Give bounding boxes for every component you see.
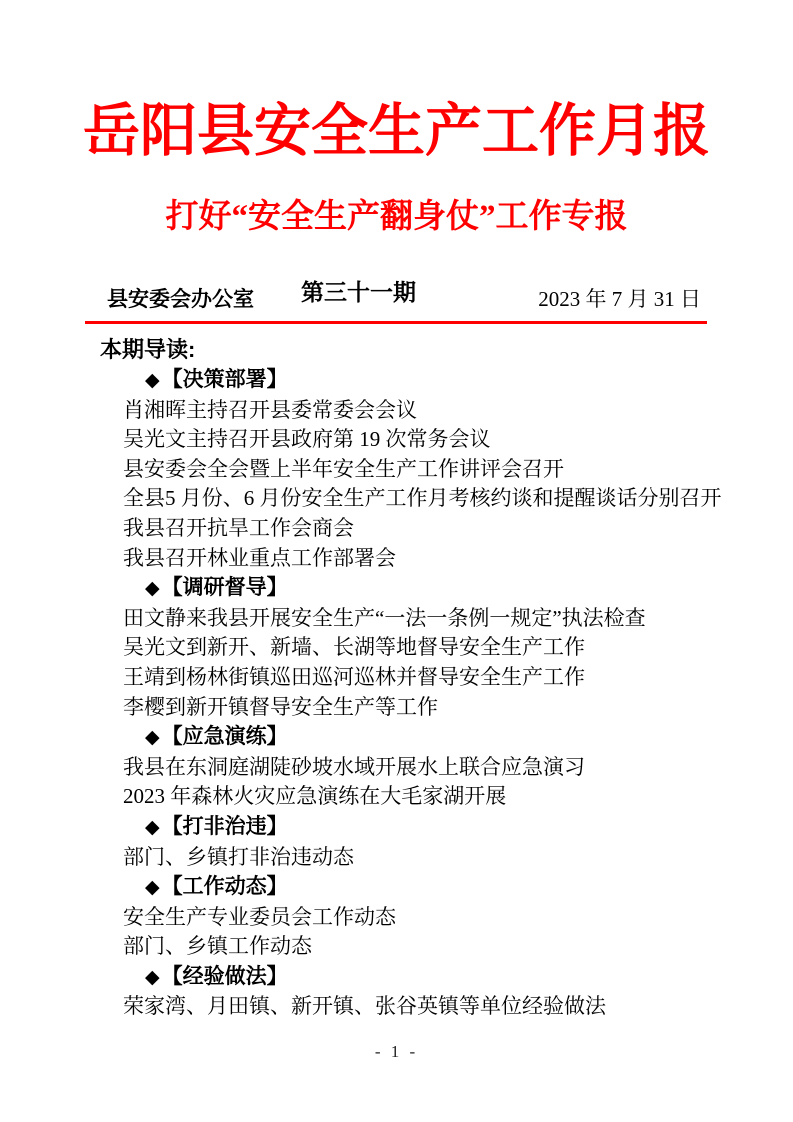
- toc-item: 肖湘晖主持召开县委常委会会议: [123, 396, 733, 426]
- toc-item: 部门、乡镇工作动态: [123, 932, 733, 962]
- diamond-bullet-icon: ◆: [145, 369, 160, 391]
- toc-item: 全县5 月份、6 月份安全生产工作月考核约谈和提醒谈话分别召开: [123, 484, 733, 514]
- toc-item: 李樱到新开镇督导安全生产等工作: [123, 693, 733, 723]
- document-subtitle: 打好“安全生产翻身仗”工作专报: [0, 194, 793, 240]
- document-title: 岳阳县安全生产工作月报: [0, 0, 793, 168]
- toc-section-heading: ◆【调研督导】: [123, 573, 733, 604]
- diamond-bullet-icon: ◆: [145, 726, 160, 748]
- toc-item: 吴光文主持召开县政府第 19 次常务会议: [123, 425, 733, 455]
- toc-item: 2023 年森林火灾应急演练在大毛家湖开展: [123, 782, 733, 812]
- toc-section-heading: ◆【打非治违】: [123, 812, 733, 843]
- toc-item: 田文静来我县开展安全生产“一法一条例一规定”执法检查: [123, 604, 733, 634]
- toc-item: 我县在东洞庭湖陡砂坡水域开展水上联合应急演习: [123, 753, 733, 783]
- toc-label: 本期导读:: [100, 335, 793, 365]
- toc-item: 荣家湾、月田镇、新开镇、张谷英镇等单位经验做法: [123, 992, 733, 1022]
- toc-item: 我县召开抗旱工作会商会: [123, 514, 733, 544]
- toc-item: 王靖到杨林街镇巡田巡河巡林并督导安全生产工作: [123, 663, 733, 693]
- toc-section-heading: ◆【决策部署】: [123, 365, 733, 396]
- toc-item: 我县召开林业重点工作部署会: [123, 544, 733, 574]
- toc-section-title: 【打非治违】: [162, 814, 288, 838]
- toc: ◆【决策部署】肖湘晖主持召开县委常委会会议吴光文主持召开县政府第 19 次常务会…: [123, 365, 733, 1022]
- page-number: - 1 -: [0, 1040, 793, 1064]
- toc-item: 安全生产专业委员会工作动态: [123, 903, 733, 933]
- masthead-divider-rule: [85, 321, 707, 324]
- toc-section-title: 【决策部署】: [162, 367, 288, 391]
- toc-section-title: 【工作动态】: [162, 874, 288, 898]
- diamond-bullet-icon: ◆: [145, 577, 160, 599]
- masthead: 县安委会办公室 第三十一期 2023 年 7 月 31 日: [85, 284, 707, 314]
- toc-item: 县安委会全会暨上半年安全生产工作讲评会召开: [123, 455, 733, 485]
- diamond-bullet-icon: ◆: [145, 816, 160, 838]
- issuing-office: 县安委会办公室: [107, 284, 254, 314]
- diamond-bullet-icon: ◆: [145, 966, 160, 988]
- toc-section-heading: ◆【工作动态】: [123, 872, 733, 903]
- document-page: 岳阳县安全生产工作月报 打好“安全生产翻身仗”工作专报 县安委会办公室 第三十一…: [0, 0, 793, 1122]
- issue-date: 2023 年 7 月 31 日: [538, 284, 701, 314]
- toc-section-heading: ◆【应急演练】: [123, 722, 733, 753]
- diamond-bullet-icon: ◆: [145, 876, 160, 898]
- toc-section-title: 【应急演练】: [162, 724, 288, 748]
- toc-section-title: 【调研督导】: [162, 575, 288, 599]
- toc-item: 吴光文到新开、新墙、长湖等地督导安全生产工作: [123, 633, 733, 663]
- issue-number: 第三十一期: [301, 278, 416, 308]
- toc-section-heading: ◆【经验做法】: [123, 962, 733, 993]
- toc-section-title: 【经验做法】: [162, 964, 288, 988]
- toc-item: 部门、乡镇打非治违动态: [123, 843, 733, 873]
